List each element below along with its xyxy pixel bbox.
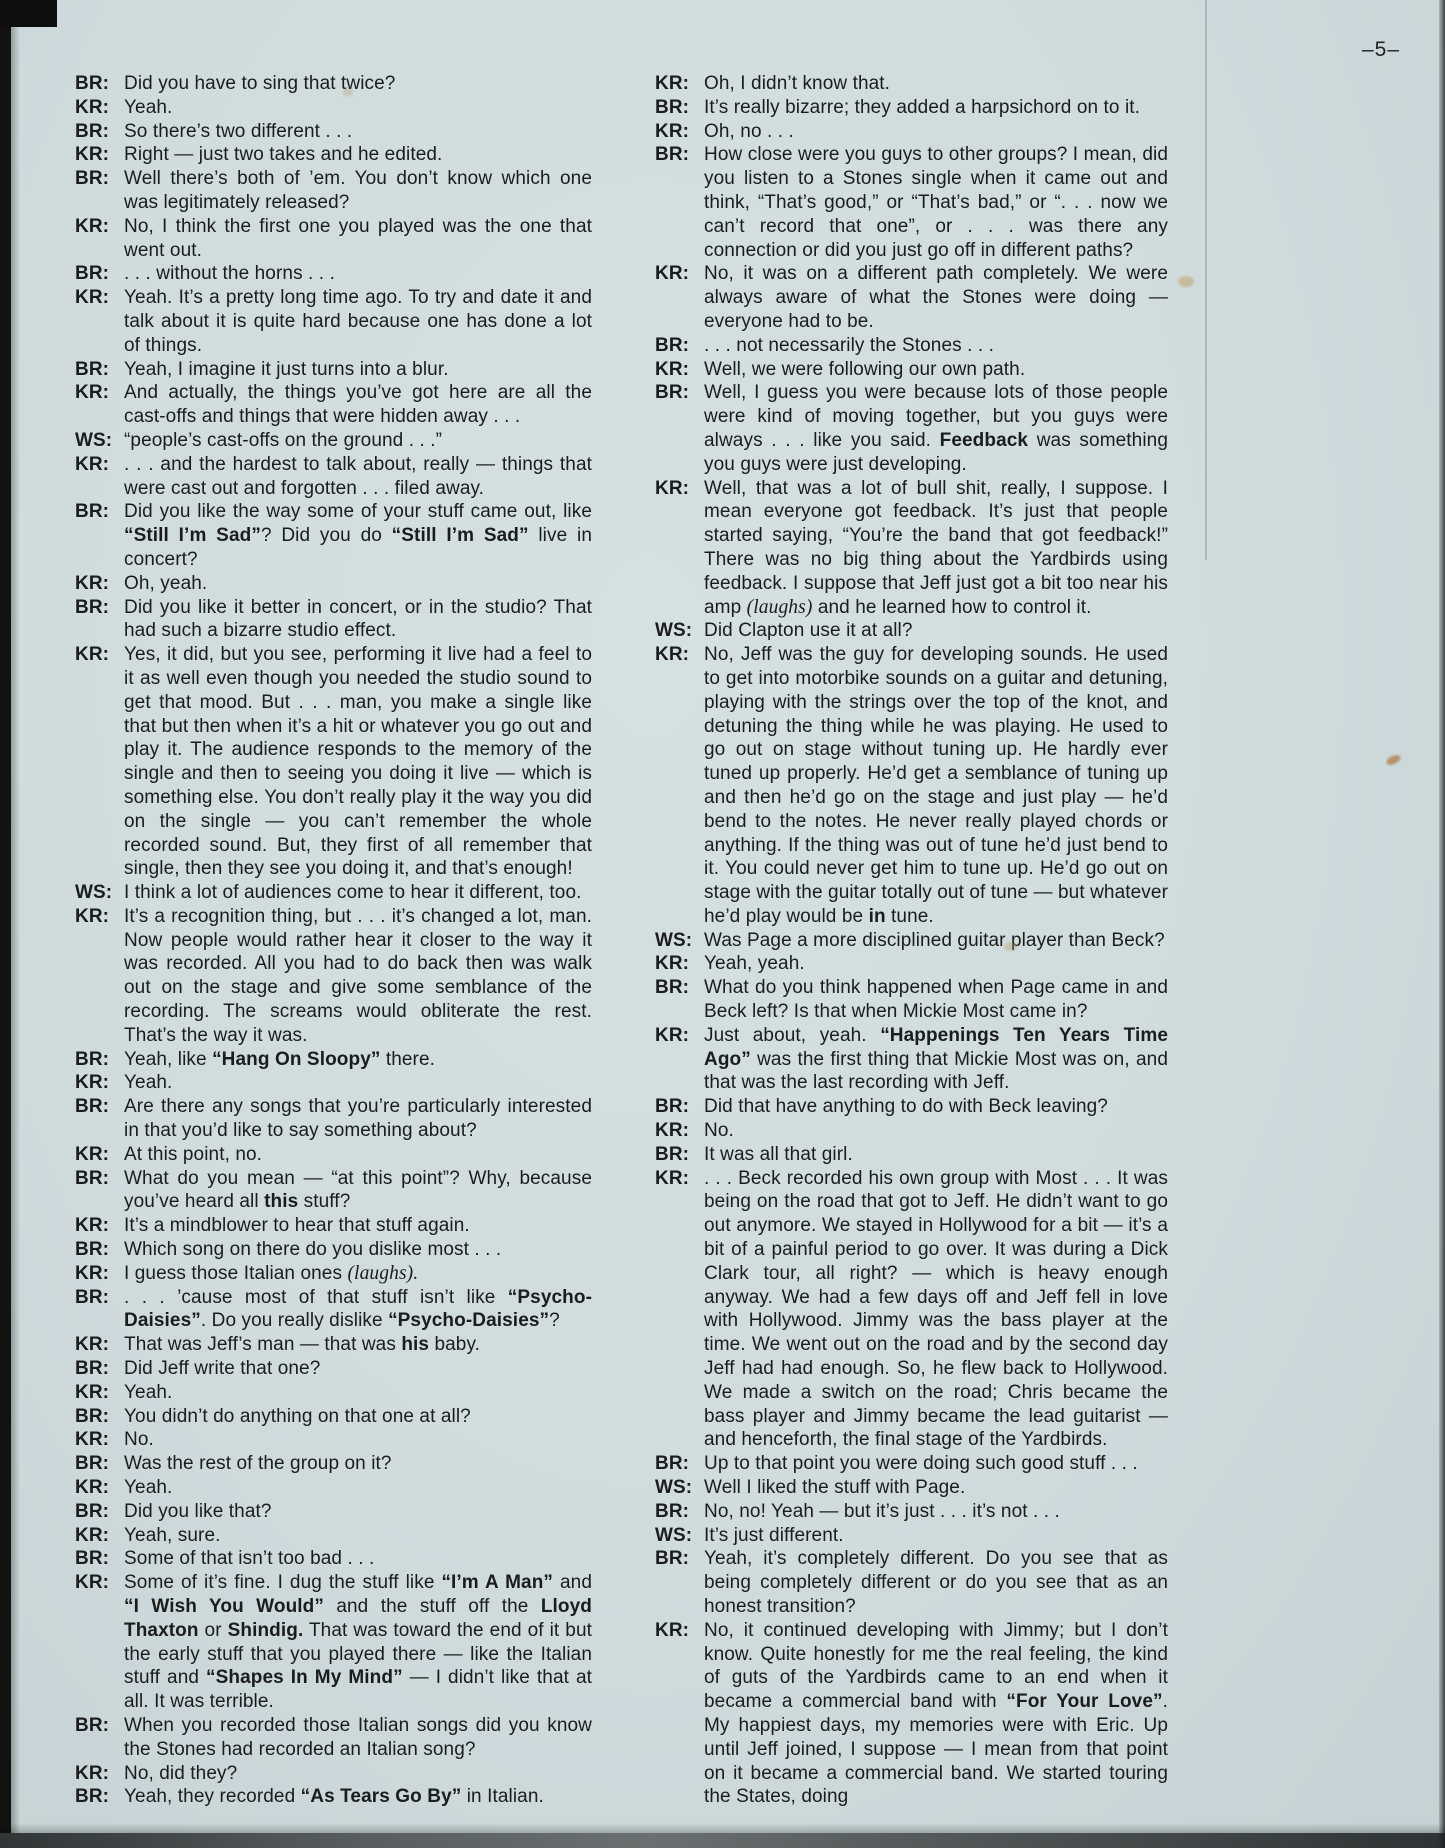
dialogue-text: Are there any songs that you’re particul… [124, 1096, 592, 1141]
dialogue-entry: KR:Yes, it did, but you see, performing … [75, 643, 592, 881]
speaker-label: KR: [655, 1167, 689, 1191]
dialogue-entry: KR:Some of it’s fine. I dug the stuff li… [75, 1571, 592, 1714]
paper-stain [1178, 276, 1194, 287]
speaker-label: KR: [75, 1214, 109, 1238]
dialogue-entry: KR:At this point, no. [75, 1143, 592, 1167]
scan-edge-left [0, 0, 11, 1848]
dialogue-entry: KR:Yeah. [75, 1381, 592, 1405]
speaker-label: BR: [75, 262, 109, 286]
dialogue-text: Yeah, like “Hang On Sloopy” there. [124, 1049, 435, 1070]
dialogue-entry: BR:. . . without the horns . . . [75, 262, 592, 286]
dialogue-entry: KR:Oh, I didn’t know that. [655, 72, 1168, 96]
speaker-label: BR: [75, 1095, 109, 1119]
dialogue-entry: BR:Did Jeff write that one? [75, 1357, 592, 1381]
dialogue-text: It’s really bizarre; they added a harpsi… [704, 97, 1140, 118]
right-column: KR:Oh, I didn’t know that.BR:It’s really… [655, 72, 1168, 1809]
dialogue-text: Oh, no . . . [704, 121, 794, 142]
dialogue-text: How close were you guys to other groups?… [704, 144, 1168, 260]
dialogue-text: Oh, I didn’t know that. [704, 73, 890, 94]
dialogue-text: Just about, yeah. “Happenings Ten Years … [704, 1025, 1168, 1094]
speaker-label: BR: [75, 1547, 109, 1571]
dialogue-entry: WS:Well I liked the stuff with Page. [655, 1476, 1168, 1500]
dialogue-entry: WS:Was Page a more disciplined guitar pl… [655, 929, 1168, 953]
dialogue-entry: KR:. . . Beck recorded his own group wit… [655, 1167, 1168, 1453]
speaker-label: BR: [75, 596, 109, 620]
speaker-label: KR: [75, 1428, 109, 1452]
dialogue-text: Yeah, sure. [124, 1525, 221, 1546]
dialogue-text: It’s just different. [704, 1525, 844, 1546]
dialogue-text: . . . without the horns . . . [124, 263, 335, 284]
dialogue-entry: KR:It’s a recognition thing, but . . . i… [75, 905, 592, 1048]
paper-stain [1385, 753, 1402, 767]
dialogue-text: No. [704, 1120, 734, 1141]
dialogue-text: Did Clapton use it at all? [704, 620, 913, 641]
dialogue-entry: BR:Did you like that? [75, 1500, 592, 1524]
dialogue-entry: BR:. . . not necessarily the Stones . . … [655, 334, 1168, 358]
dialogue-text: Oh, yeah. [124, 573, 207, 594]
dialogue-entry: KR:Oh, yeah. [75, 572, 592, 596]
speaker-label: KR: [655, 952, 689, 976]
dialogue-entry: KR:No, I think the first one you played … [75, 215, 592, 263]
speaker-label: WS: [655, 619, 692, 643]
dialogue-text: Did you have to sing that twice? [124, 73, 395, 94]
speaker-label: BR: [655, 976, 689, 1000]
dialogue-text: Well there’s both of ’em. You don’t know… [124, 168, 592, 213]
dialogue-text: Some of it’s fine. I dug the stuff like … [124, 1572, 592, 1712]
dialogue-entry: KR:It’s a mindblower to hear that stuff … [75, 1214, 592, 1238]
dialogue-entry: KR:Yeah, yeah. [655, 952, 1168, 976]
dialogue-text: Yeah. [124, 1382, 172, 1403]
speaker-label: KR: [655, 1024, 689, 1048]
dialogue-entry: BR:Well there’s both of ’em. You don’t k… [75, 167, 592, 215]
dialogue-text: Yeah, it’s completely different. Do you … [704, 1548, 1168, 1617]
dialogue-entry: KR:Yeah, sure. [75, 1524, 592, 1548]
dialogue-text: Yeah. It’s a pretty long time ago. To tr… [124, 287, 592, 356]
dialogue-text: No, Jeff was the guy for developing soun… [704, 644, 1168, 927]
speaker-label: KR: [75, 1476, 109, 1500]
speaker-label: BR: [655, 334, 689, 358]
dialogue-entry: BR:Was the rest of the group on it? [75, 1452, 592, 1476]
speaker-label: KR: [655, 643, 689, 667]
dialogue-entry: WS:It’s just different. [655, 1524, 1168, 1548]
speaker-label: BR: [75, 1286, 109, 1310]
dialogue-entry: BR:Did that have anything to do with Bec… [655, 1095, 1168, 1119]
speaker-label: KR: [655, 120, 689, 144]
speaker-label: BR: [75, 1357, 109, 1381]
dialogue-text: So there’s two different . . . [124, 121, 352, 142]
speaker-label: KR: [75, 1333, 109, 1357]
dialogue-entry: KR:No, did they? [75, 1762, 592, 1786]
dialogue-entry: BR:No, no! Yeah — but it’s just . . . it… [655, 1500, 1168, 1524]
dialogue-text: . . . ’cause most of that stuff isn’t li… [124, 1287, 592, 1332]
speaker-label: KR: [75, 1071, 109, 1095]
speaker-label: KR: [75, 1143, 109, 1167]
dialogue-entry: KR:Yeah. [75, 1476, 592, 1500]
speaker-label: BR: [75, 72, 109, 96]
dialogue-entry: BR:Did you like the way some of your stu… [75, 500, 592, 571]
dialogue-text: Did that have anything to do with Beck l… [704, 1096, 1108, 1117]
speaker-label: BR: [655, 1143, 689, 1167]
dialogue-entry: KR:No. [75, 1428, 592, 1452]
paper-stain [343, 88, 353, 96]
speaker-label: KR: [75, 643, 109, 667]
speaker-label: WS: [655, 929, 692, 953]
dialogue-text: Yeah. [124, 97, 172, 118]
dialogue-text: Did you like it better in concert, or in… [124, 597, 592, 642]
speaker-label: BR: [655, 96, 689, 120]
page-number: –5– [1362, 38, 1400, 62]
dialogue-entry: KR:Well, that was a lot of bull shit, re… [655, 477, 1168, 620]
dialogue-text: What do you think happened when Page cam… [704, 977, 1168, 1022]
dialogue-text: When you recorded those Italian songs di… [124, 1715, 592, 1760]
speaker-label: BR: [75, 1452, 109, 1476]
speaker-label: KR: [75, 381, 109, 405]
dialogue-text: Was Page a more disciplined guitar playe… [704, 930, 1165, 951]
dialogue-text: “people’s cast-offs on the ground . . .” [124, 430, 442, 451]
speaker-label: BR: [75, 1714, 109, 1738]
dialogue-entry: WS:Did Clapton use it at all? [655, 619, 1168, 643]
dialogue-text: Yeah. [124, 1072, 172, 1093]
speaker-label: WS: [655, 1524, 692, 1548]
speaker-label: KR: [75, 143, 109, 167]
dialogue-entry: BR:You didn’t do anything on that one at… [75, 1405, 592, 1429]
speaker-label: WS: [75, 881, 112, 905]
dialogue-entry: KR:No, Jeff was the guy for developing s… [655, 643, 1168, 929]
speaker-label: KR: [75, 1571, 109, 1595]
dialogue-entry: KR:Yeah. [75, 96, 592, 120]
dialogue-entry: WS:I think a lot of audiences come to he… [75, 881, 592, 905]
speaker-label: BR: [655, 1547, 689, 1571]
paper-crease [1205, 0, 1207, 560]
dialogue-text: And actually, the things you’ve got here… [124, 382, 592, 427]
dialogue-text: Did you like that? [124, 1501, 272, 1522]
dialogue-text: That was Jeff’s man — that was his baby. [124, 1334, 480, 1355]
dialogue-entry: BR:Some of that isn’t too bad . . . [75, 1547, 592, 1571]
dialogue-entry: KR:I guess those Italian ones (laughs). [75, 1262, 592, 1286]
dialogue-text: I think a lot of audiences come to hear … [124, 882, 582, 903]
dialogue-text: Right — just two takes and he edited. [124, 144, 442, 165]
dialogue-entry: KR:Yeah. It’s a pretty long time ago. To… [75, 286, 592, 357]
dialogue-text: . . . Beck recorded his own group with M… [704, 1168, 1168, 1451]
dialogue-text: No, it was on a different path completel… [704, 263, 1168, 332]
dialogue-entry: KR:Just about, yeah. “Happenings Ten Yea… [655, 1024, 1168, 1095]
scan-edge-shadow-bottom [0, 1823, 1445, 1833]
dialogue-entry: BR:Did you like it better in concert, or… [75, 596, 592, 644]
speaker-label: KR: [75, 905, 109, 929]
dialogue-text: Well I liked the stuff with Page. [704, 1477, 965, 1498]
dialogue-entry: BR:How close were you guys to other grou… [655, 143, 1168, 262]
speaker-label: BR: [655, 381, 689, 405]
dialogue-text: Well, that was a lot of bull shit, reall… [704, 478, 1168, 618]
dialogue-text: No, did they? [124, 1763, 237, 1784]
paper-stain [1004, 942, 1017, 951]
dialogue-entry: BR:So there’s two different . . . [75, 120, 592, 144]
speaker-label: BR: [75, 500, 109, 524]
dialogue-text: Yes, it did, but you see, performing it … [124, 644, 592, 879]
speaker-label: KR: [655, 72, 689, 96]
dialogue-entry: BR:What do you think happened when Page … [655, 976, 1168, 1024]
dialogue-entry: BR:Are there any songs that you’re parti… [75, 1095, 592, 1143]
dialogue-text: . . . not necessarily the Stones . . . [704, 335, 994, 356]
dialogue-text: At this point, no. [124, 1144, 262, 1165]
dialogue-entry: BR:Which song on there do you dislike mo… [75, 1238, 592, 1262]
dialogue-text: It’s a recognition thing, but . . . it’s… [124, 906, 592, 1046]
dialogue-entry: BR:Yeah, like “Hang On Sloopy” there. [75, 1048, 592, 1072]
dialogue-text: Some of that isn’t too bad . . . [124, 1548, 374, 1569]
speaker-label: BR: [75, 1785, 109, 1809]
speaker-label: BR: [75, 1048, 109, 1072]
speaker-label: KR: [655, 1619, 689, 1643]
dialogue-entry: BR:Yeah, I imagine it just turns into a … [75, 358, 592, 382]
dialogue-text: . . . and the hardest to talk about, rea… [124, 454, 592, 499]
speaker-label: KR: [75, 1262, 109, 1286]
dialogue-entry: KR:And actually, the things you’ve got h… [75, 381, 592, 429]
dialogue-text: Yeah, I imagine it just turns into a blu… [124, 359, 449, 380]
dialogue-text: Up to that point you were doing such goo… [704, 1453, 1138, 1474]
dialogue-entry: KR:Oh, no . . . [655, 120, 1168, 144]
speaker-label: KR: [655, 1119, 689, 1143]
dialogue-text: No, no! Yeah — but it’s just . . . it’s … [704, 1501, 1060, 1522]
dialogue-entry: BR:It was all that girl. [655, 1143, 1168, 1167]
dialogue-text: Did Jeff write that one? [124, 1358, 320, 1379]
dialogue-entry: BR:Did you have to sing that twice? [75, 72, 592, 96]
dialogue-entry: BR:. . . ’cause most of that stuff isn’t… [75, 1286, 592, 1334]
dialogue-text: No, I think the first one you played was… [124, 216, 592, 261]
dialogue-entry: BR:Up to that point you were doing such … [655, 1452, 1168, 1476]
speaker-label: BR: [75, 1167, 109, 1191]
dialogue-text: It was all that girl. [704, 1144, 853, 1165]
speaker-label: BR: [75, 120, 109, 144]
dialogue-text: Was the rest of the group on it? [124, 1453, 392, 1474]
dialogue-entry: KR:Well, we were following our own path. [655, 358, 1168, 382]
dialogue-entry: BR:Yeah, it’s completely different. Do y… [655, 1547, 1168, 1618]
scan-edge-bottom [0, 1833, 1445, 1848]
dialogue-text: What do you mean — “at this point”? Why,… [124, 1168, 592, 1213]
speaker-label: BR: [75, 358, 109, 382]
dialogue-text: Yeah. [124, 1477, 172, 1498]
dialogue-entry: KR:. . . and the hardest to talk about, … [75, 453, 592, 501]
scan-edge-shadow [11, 0, 20, 1848]
speaker-label: WS: [75, 429, 112, 453]
speaker-label: KR: [75, 96, 109, 120]
speaker-label: KR: [75, 215, 109, 239]
dialogue-entry: BR:Yeah, they recorded “As Tears Go By” … [75, 1785, 592, 1809]
dialogue-text: Well, we were following our own path. [704, 359, 1025, 380]
dialogue-entry: KR:No, it continued developing with Jimm… [655, 1619, 1168, 1809]
dialogue-entry: WS:“people’s cast-offs on the ground . .… [75, 429, 592, 453]
dialogue-text: No. [124, 1429, 154, 1450]
dialogue-text: Well, I guess you were because lots of t… [704, 382, 1168, 474]
speaker-label: BR: [655, 1095, 689, 1119]
dialogue-entry: BR:It’s really bizarre; they added a har… [655, 96, 1168, 120]
speaker-label: KR: [75, 453, 109, 477]
dialogue-text: I guess those Italian ones (laughs). [124, 1263, 418, 1284]
dialogue-text: Which song on there do you dislike most … [124, 1239, 501, 1260]
dialogue-text: You didn’t do anything on that one at al… [124, 1406, 471, 1427]
speaker-label: BR: [655, 1452, 689, 1476]
dialogue-entry: KR:Yeah. [75, 1071, 592, 1095]
dialogue-entry: KR:That was Jeff’s man — that was his ba… [75, 1333, 592, 1357]
speaker-label: BR: [75, 167, 109, 191]
speaker-label: BR: [655, 1500, 689, 1524]
dialogue-entry: BR:Well, I guess you were because lots o… [655, 381, 1168, 476]
scan-corner-top-left [0, 0, 57, 27]
speaker-label: WS: [655, 1476, 692, 1500]
speaker-label: KR: [75, 286, 109, 310]
speaker-label: KR: [75, 572, 109, 596]
speaker-label: KR: [655, 358, 689, 382]
speaker-label: BR: [655, 143, 689, 167]
dialogue-entry: KR:Right — just two takes and he edited. [75, 143, 592, 167]
dialogue-entry: BR:When you recorded those Italian songs… [75, 1714, 592, 1762]
scanned-page: –5– BR:Did you have to sing that twice?K… [0, 0, 1445, 1848]
speaker-label: KR: [655, 262, 689, 286]
speaker-label: KR: [75, 1381, 109, 1405]
dialogue-text: Yeah, yeah. [704, 953, 805, 974]
dialogue-text: Yeah, they recorded “As Tears Go By” in … [124, 1786, 544, 1807]
left-column: BR:Did you have to sing that twice?KR:Ye… [75, 72, 592, 1809]
speaker-label: BR: [75, 1500, 109, 1524]
dialogue-text: Did you like the way some of your stuff … [124, 501, 592, 570]
speaker-label: BR: [75, 1238, 109, 1262]
dialogue-entry: BR:What do you mean — “at this point”? W… [75, 1167, 592, 1215]
speaker-label: BR: [75, 1405, 109, 1429]
speaker-label: KR: [655, 477, 689, 501]
speaker-label: KR: [75, 1762, 109, 1786]
speaker-label: KR: [75, 1524, 109, 1548]
dialogue-text: No, it continued developing with Jimmy; … [704, 1620, 1168, 1808]
dialogue-entry: KR:No. [655, 1119, 1168, 1143]
dialogue-text: It’s a mindblower to hear that stuff aga… [124, 1215, 470, 1236]
scan-edge-right [1439, 0, 1445, 1848]
dialogue-entry: KR:No, it was on a different path comple… [655, 262, 1168, 333]
